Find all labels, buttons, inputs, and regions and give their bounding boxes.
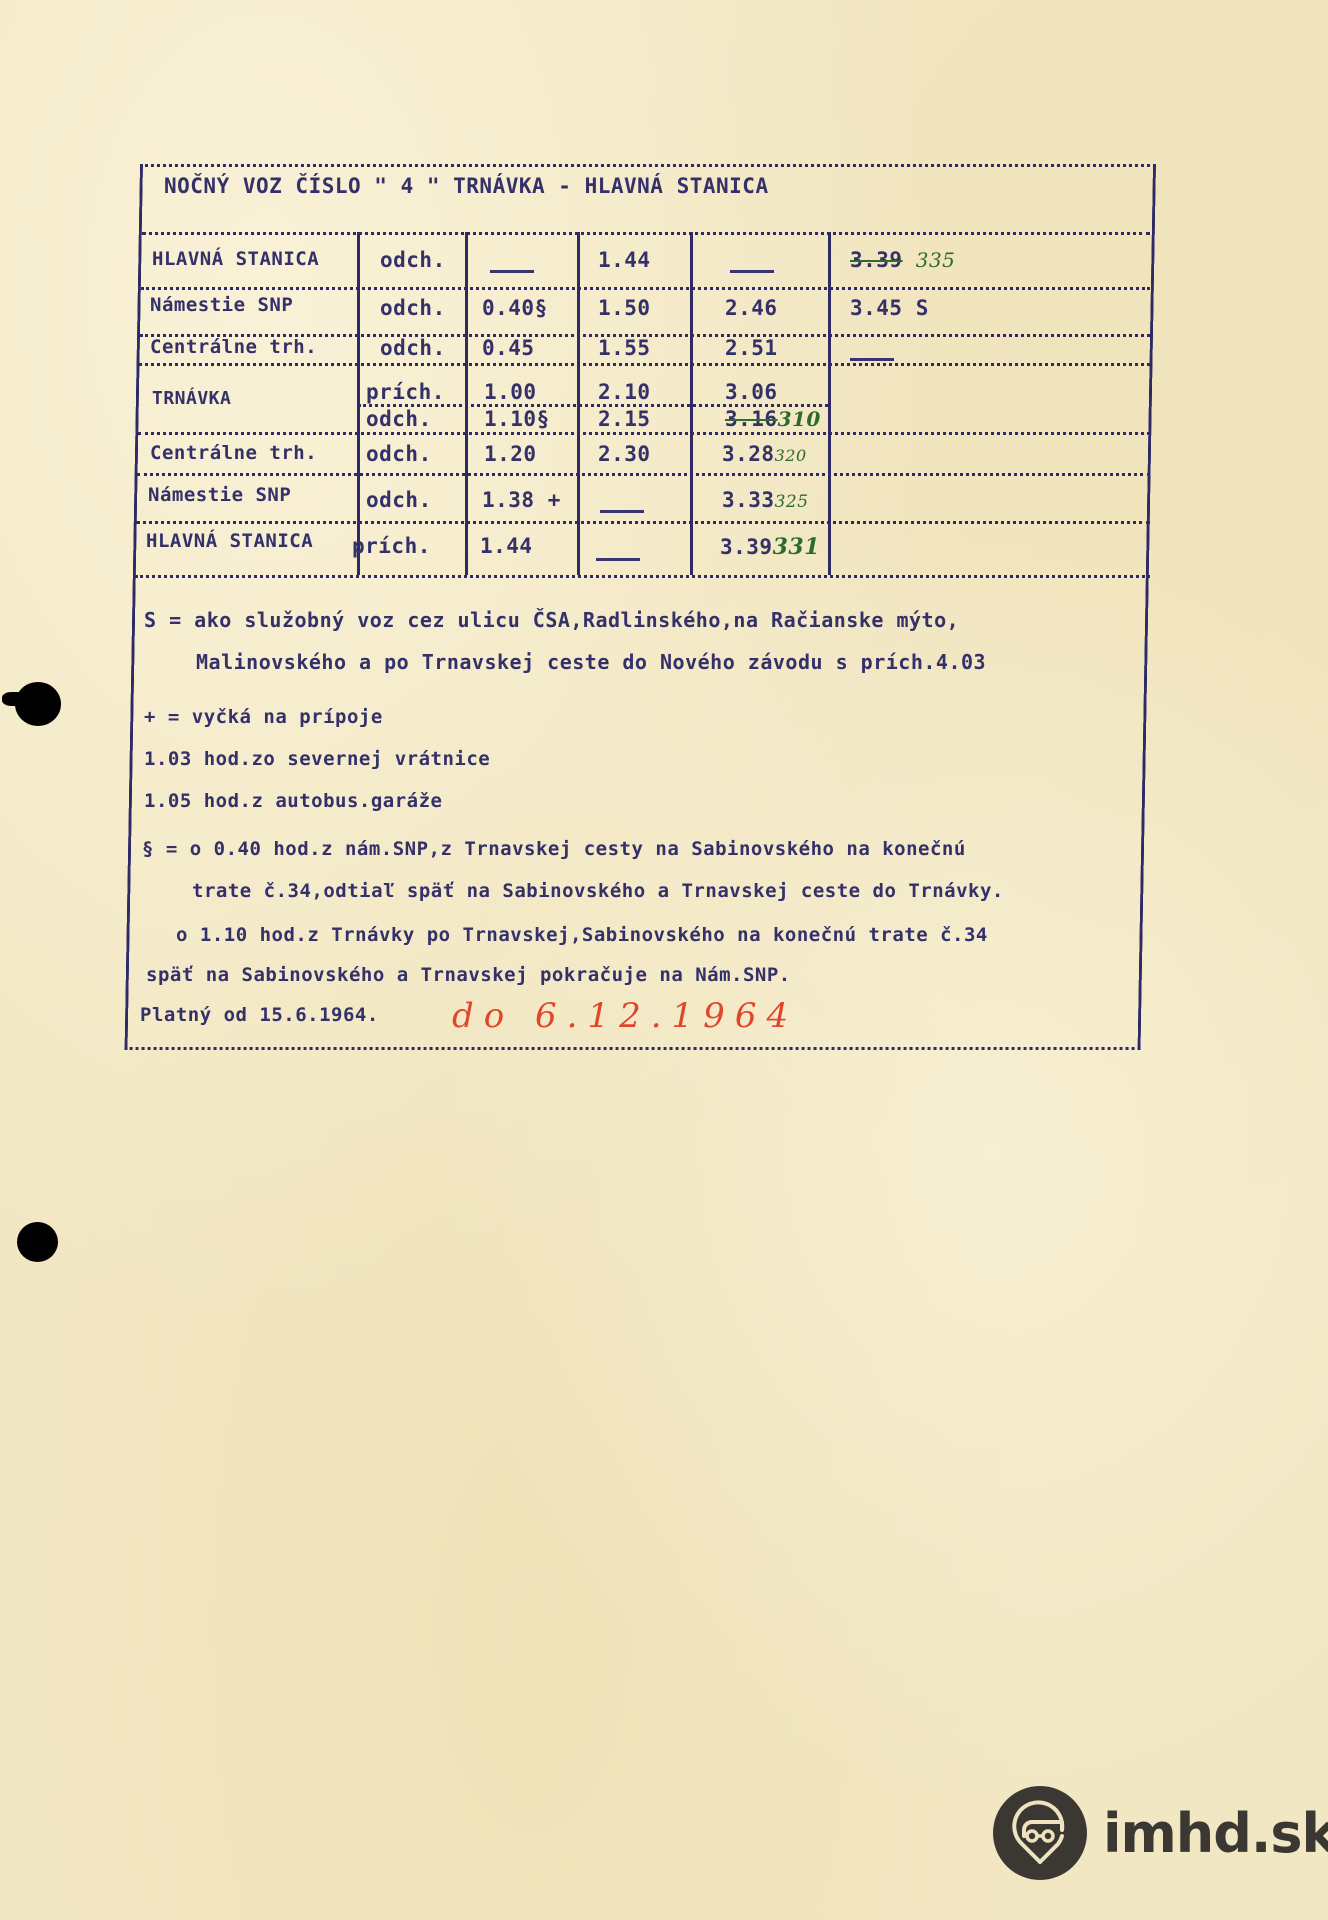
note-line: + = vyčká na prípoje: [144, 706, 383, 728]
time-cell: 3.06: [725, 380, 778, 404]
time-cell: 1.55: [598, 336, 651, 360]
time-cell: 3.45 S: [850, 296, 929, 320]
time-cell: 1.00: [484, 380, 537, 404]
no-service-dash: [600, 510, 644, 513]
no-service-dash: [596, 558, 640, 561]
time-cell: 1.44: [598, 248, 651, 272]
handwritten-correction: 335: [916, 248, 956, 272]
time-cell: 1.10§: [484, 407, 550, 431]
column-divider: [357, 232, 360, 575]
note-line: späť na Sabinovského a Trnavskej pokraču…: [146, 964, 791, 986]
stop-name: HLAVNÁ STANICA: [152, 248, 319, 270]
time-cell: 3.16310: [725, 407, 821, 431]
divider: [142, 232, 1150, 235]
original-time: 3.33: [722, 488, 775, 512]
arr-dep-type: odch.: [366, 442, 432, 466]
handwritten-correction: 320: [775, 446, 807, 465]
time-cell: [850, 346, 894, 370]
time-cell: [596, 546, 640, 570]
note-line: S = ako služobný voz cez ulicu ČSA,Radli…: [144, 608, 959, 632]
handwritten-valid-until: do 6.12.1964: [452, 996, 798, 1036]
time-cell: 1.44: [480, 534, 533, 558]
time-cell: 0.45: [482, 336, 535, 360]
arr-dep-type: odch.: [380, 296, 446, 320]
column-divider: [690, 232, 693, 575]
stop-name: Námestie SNP: [150, 294, 293, 316]
time-cell: 3.28320: [722, 442, 807, 466]
note-line: § = o 0.40 hod.z nám.SNP,z Trnavskej ces…: [142, 838, 966, 860]
time-cell: 1.50: [598, 296, 651, 320]
handwritten-correction: 331: [773, 534, 820, 560]
note-line: 1.05 hod.z autobus.garáže: [144, 790, 442, 812]
stop-name: TRNÁVKA: [152, 388, 231, 409]
bus-pin-icon: [993, 1786, 1087, 1880]
handwritten-correction: 310: [778, 407, 821, 431]
arr-dep-type: odch.: [366, 488, 432, 512]
column-divider: [577, 232, 580, 575]
arr-dep-type: odch.: [380, 336, 446, 360]
time-cell: [600, 498, 644, 522]
no-service-dash: [850, 358, 894, 361]
arr-dep-type: prích.: [352, 534, 431, 558]
time-cell: 1.38 +: [482, 488, 561, 512]
document-title: NOČNÝ VOZ ČÍSLO " 4 " TRNÁVKA - HLAVNÁ S…: [164, 174, 769, 198]
punch-hole-bottom: [17, 1222, 58, 1262]
time-cell: 3.39 335: [850, 248, 955, 272]
punch-hole-tail: [2, 692, 26, 706]
no-service-dash: [730, 270, 774, 273]
note-line: Malinovského a po Trnavskej ceste do Nov…: [196, 650, 986, 674]
stop-name: HLAVNÁ STANICA: [146, 530, 313, 552]
divider: [138, 432, 1150, 435]
column-divider: [465, 232, 468, 575]
arr-dep-type: odch.: [366, 407, 432, 431]
time-cell: 2.10: [598, 380, 651, 404]
time-cell: 0.40§: [482, 296, 548, 320]
stop-name: Námestie SNP: [148, 484, 291, 506]
struck-time: 3.39: [850, 248, 903, 272]
original-time: 3.28: [722, 442, 775, 466]
original-time: 3.39: [720, 535, 773, 559]
time-cell: [490, 258, 534, 282]
arr-dep-type: odch.: [380, 248, 446, 272]
stop-name: Centrálne trh.: [150, 442, 317, 464]
stop-name: Centrálne trh.: [150, 336, 317, 358]
note-line: 1.03 hod.zo severnej vrátnice: [144, 748, 490, 770]
time-cell: 2.30: [598, 442, 651, 466]
divider: [139, 363, 1150, 366]
divider: [141, 287, 1150, 290]
valid-from: Platný od 15.6.1964.: [140, 1004, 379, 1026]
time-cell: 2.51: [725, 336, 778, 360]
brand-name: imhd.sk: [1103, 1802, 1328, 1865]
handwritten-correction: 325: [775, 492, 809, 512]
arr-dep-type: prích.: [366, 380, 445, 404]
time-cell: 3.39331: [720, 534, 820, 560]
time-cell: 2.15: [598, 407, 651, 431]
time-cell: 1.20: [484, 442, 537, 466]
note-line: o 1.10 hod.z Trnávky po Trnavskej,Sabino…: [176, 924, 988, 946]
divider: [137, 473, 1150, 476]
time-cell: 3.33325: [722, 488, 809, 512]
imhd-logo: imhd.sk: [993, 1786, 1328, 1880]
struck-time: 3.16: [725, 407, 778, 431]
divider: [135, 575, 1150, 578]
time-cell: [730, 258, 774, 282]
time-cell: 2.46: [725, 296, 778, 320]
no-service-dash: [490, 270, 534, 273]
note-line: trate č.34,odtiaľ späť na Sabinovského a…: [192, 880, 1004, 902]
column-divider: [828, 232, 831, 575]
